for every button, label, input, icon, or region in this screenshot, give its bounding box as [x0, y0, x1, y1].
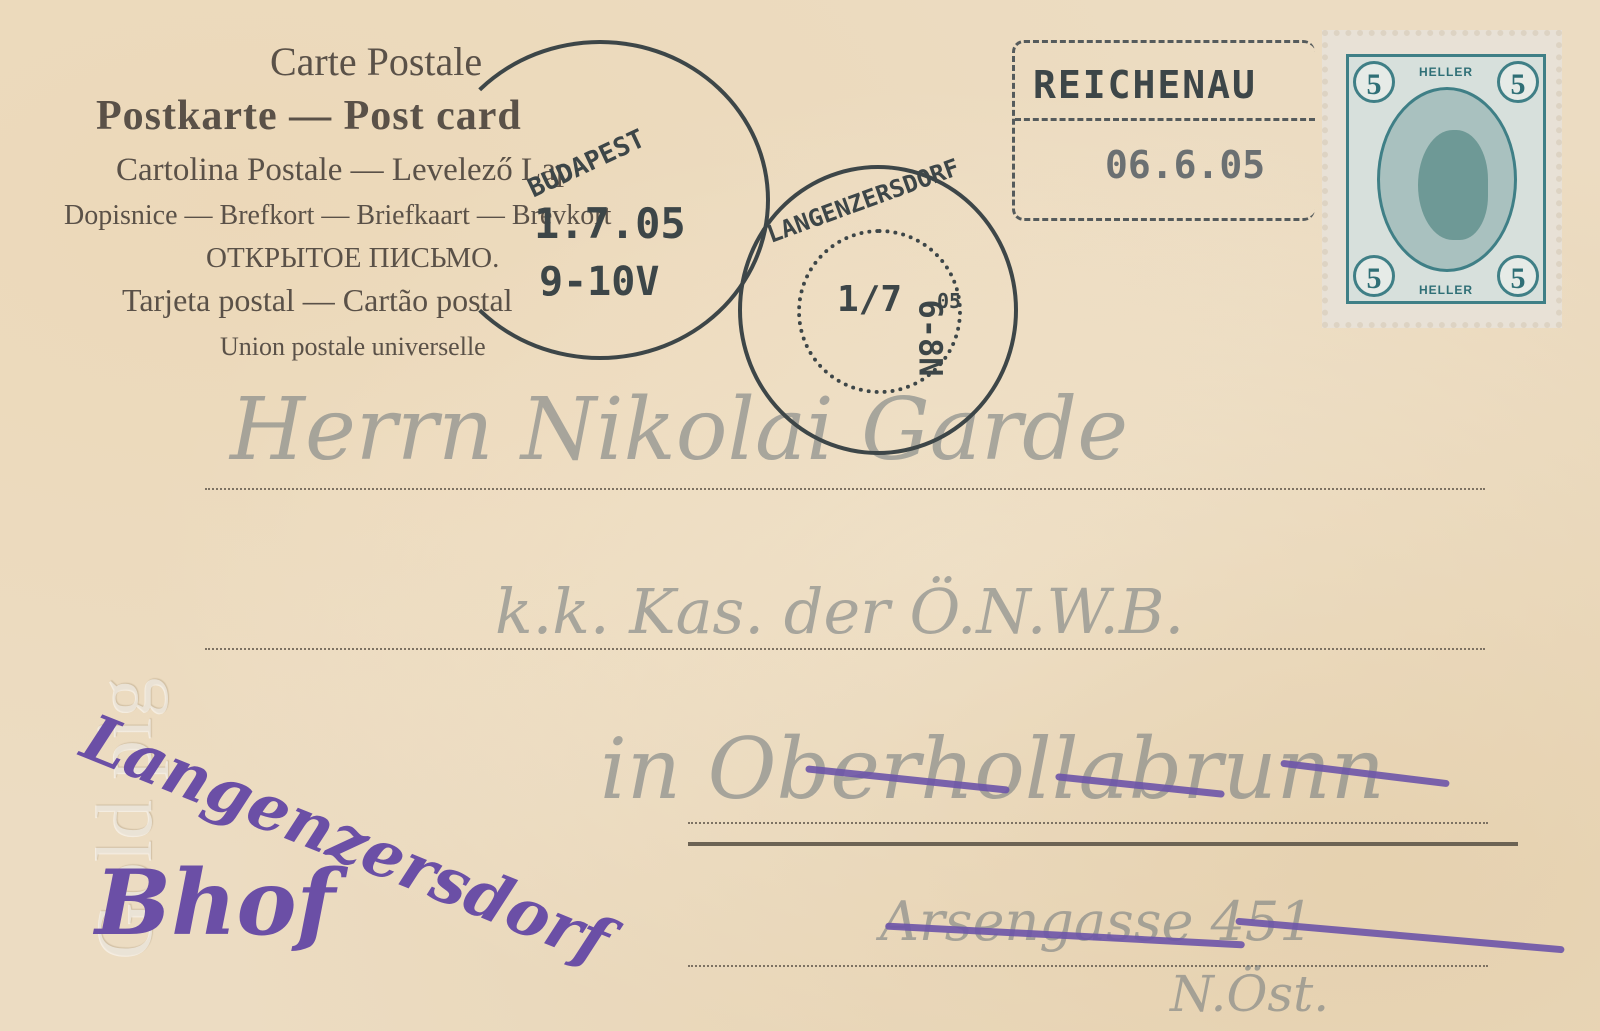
address-text-2: k.k. Kas. der Ö.N.W.B.	[495, 575, 1184, 648]
reichenau-postmark: REICHENAU 06.6.05	[1012, 40, 1315, 221]
address-text-3: in Oberhollabrunn	[600, 720, 1385, 818]
budapest-postmark: BUDAPEST 1.7.05 9-10V	[430, 40, 770, 360]
header-line-7: Union postale universelle	[220, 332, 486, 362]
address-line-3	[688, 822, 1488, 824]
stamp-portrait	[1377, 87, 1517, 272]
address-text-1: Herrn Nikolai Garde	[230, 380, 1128, 480]
address-line-2	[205, 648, 1485, 650]
address-divider	[688, 842, 1518, 846]
address-line-1	[205, 488, 1485, 490]
langenzersdorf-postmark: LANGENZERSDORF 1/7 6-8N 05	[738, 165, 1018, 455]
postcard: Gold pig Carte Postale Postkarte — Post …	[0, 0, 1600, 1031]
postage-stamp: 5 5 5 5 HELLER HELLER	[1322, 30, 1562, 328]
redirect-text-2: Bhof	[95, 850, 335, 956]
header-line-6: Tarjeta postal — Cartão postal	[122, 282, 513, 319]
header-line-1: Carte Postale	[270, 38, 482, 85]
address-text-5: N.Öst.	[1170, 965, 1329, 1023]
address-line-4	[688, 965, 1488, 967]
